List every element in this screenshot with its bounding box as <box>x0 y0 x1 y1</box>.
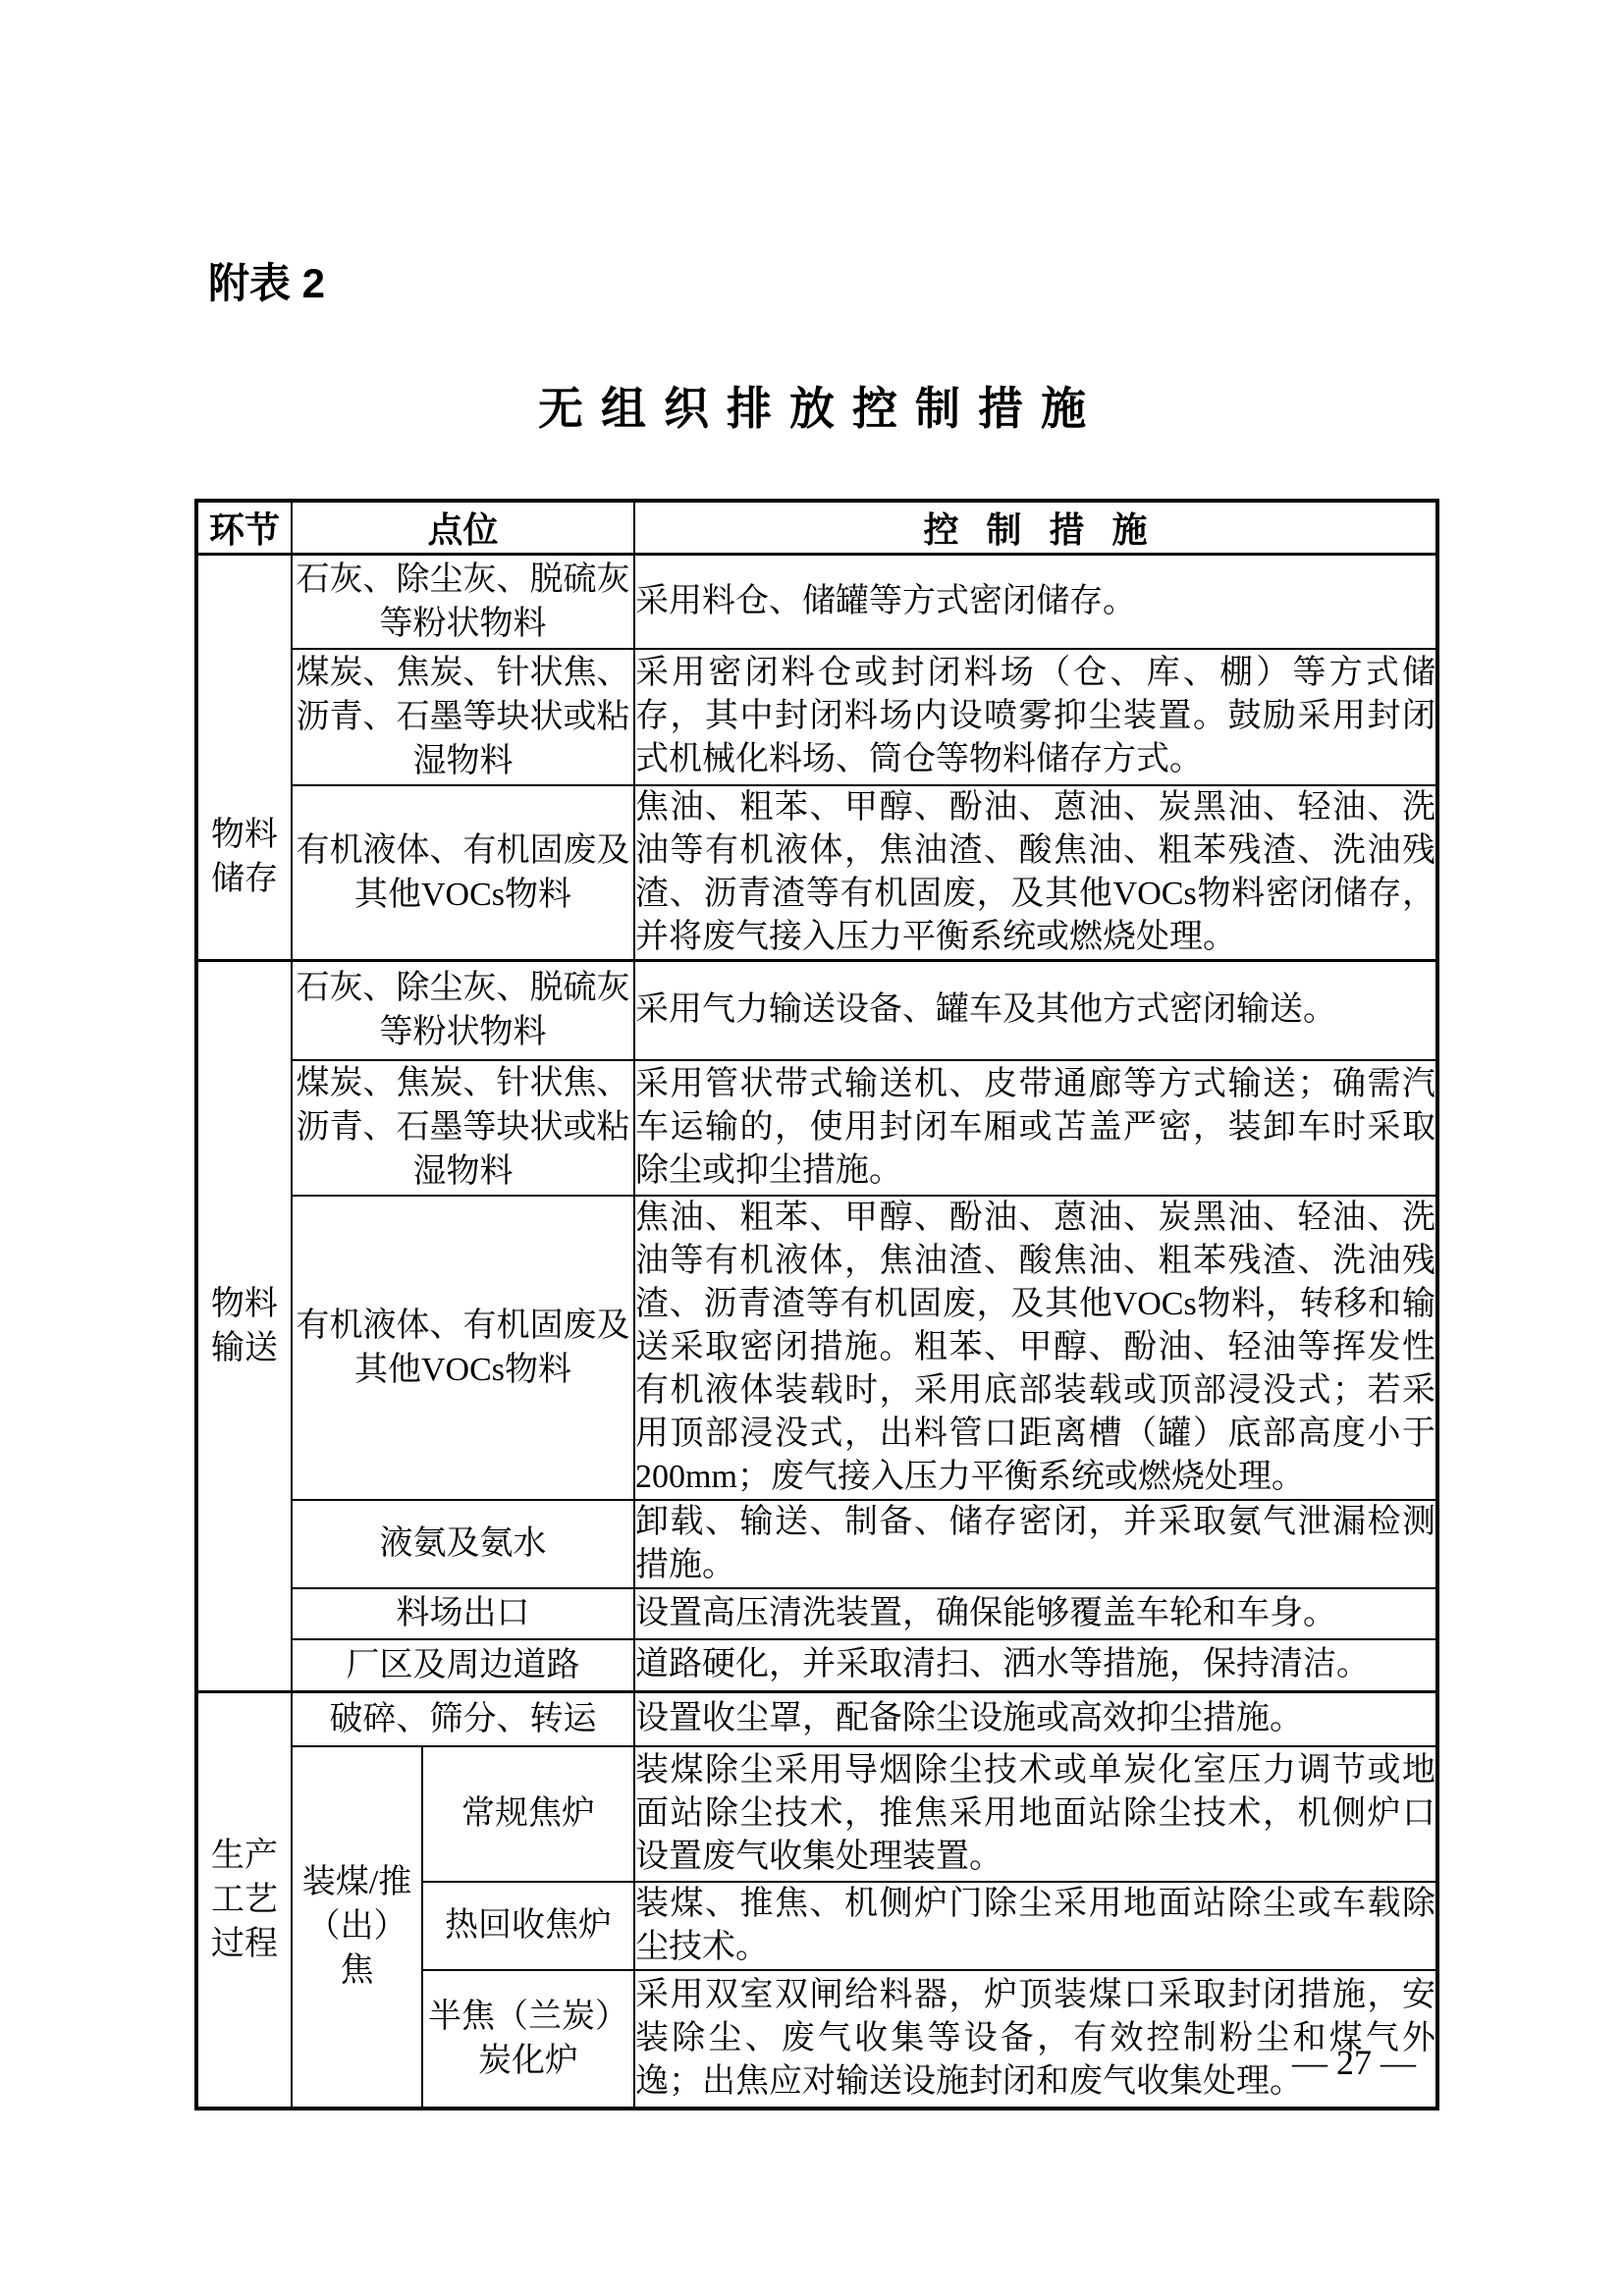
table-row: 装煤/推 （出）焦 常规焦炉 装煤除尘采用导烟除尘技术或单炭化室压力调节或地面站… <box>196 1746 1437 1882</box>
point-cell: 破碎、筛分、转运 <box>292 1692 634 1746</box>
table-row: 液氨及氨水 卸载、输送、制备、储存密闭，并采取氨气泄漏检测措施。 <box>196 1500 1437 1588</box>
point-cell: 石灰、除尘灰、脱硫灰 等粉状物料 <box>292 555 634 649</box>
measure-cell: 装煤、推焦、机侧炉门除尘采用地面站除尘或车载除尘技术。 <box>634 1882 1437 1970</box>
measure-cell: 设置高压清洗装置，确保能够覆盖车轮和车身。 <box>634 1588 1437 1639</box>
measure-cell: 卸载、输送、制备、储存密闭，并采取氨气泄漏检测措施。 <box>634 1500 1437 1588</box>
measure-cell: 焦油、粗苯、甲醇、酚油、蒽油、炭黑油、轻油、洗油等有机液体，焦油渣、酸焦油、粗苯… <box>634 785 1437 961</box>
measure-cell: 采用双室双闸给料器，炉顶装煤口采取封闭措施，安装除尘、废气收集等设备，有效控制粉… <box>634 1970 1437 2109</box>
sub-point-cell: 热回收焦炉 <box>422 1882 634 1970</box>
point-cell: 有机液体、有机固废及 其他VOCs物料 <box>292 1196 634 1500</box>
page: { "page": { "appendix_label": "附表 2", "t… <box>0 0 1624 2296</box>
measure-cell: 采用管状带式输送机、皮带通廊等方式输送；确需汽车运输的，使用封闭车厢或苫盖严密，… <box>634 1060 1437 1196</box>
appendix-label: 附表 2 <box>208 251 325 310</box>
table-row: 煤炭、焦炭、针状焦、 沥青、石墨等块状或粘 湿物料 采用密闭料仓或封闭料场（仓、… <box>196 649 1437 785</box>
table-row: 生产 工艺 过程 破碎、筛分、转运 设置收尘罩，配备除尘设施或高效抑尘措施。 <box>196 1692 1437 1746</box>
point-cell: 料场出口 <box>292 1588 634 1639</box>
table-row: 有机液体、有机固废及 其他VOCs物料 焦油、粗苯、甲醇、酚油、蒽油、炭黑油、轻… <box>196 785 1437 961</box>
header-stage: 环节 <box>196 501 292 555</box>
measure-cell: 焦油、粗苯、甲醇、酚油、蒽油、炭黑油、轻油、洗油等有机液体，焦油渣、酸焦油、粗苯… <box>634 1196 1437 1500</box>
point-cell: 煤炭、焦炭、针状焦、 沥青、石墨等块状或粘 湿物料 <box>292 649 634 785</box>
measure-cell: 道路硬化，并采取清扫、洒水等措施，保持清洁。 <box>634 1639 1437 1692</box>
table-row: 厂区及周边道路 道路硬化，并采取清扫、洒水等措施，保持清洁。 <box>196 1639 1437 1692</box>
point-cell: 液氨及氨水 <box>292 1500 634 1588</box>
point-cell: 有机液体、有机固废及 其他VOCs物料 <box>292 785 634 961</box>
measure-cell: 采用密闭料仓或封闭料场（仓、库、棚）等方式储存，其中封闭料场内设喷雾抑尘装置。鼓… <box>634 649 1437 785</box>
table-row: 物料 输送 石灰、除尘灰、脱硫灰 等粉状物料 采用气力输送设备、罐车及其他方式密… <box>196 961 1437 1060</box>
measure-cell: 采用料仓、储罐等方式密闭储存。 <box>634 555 1437 649</box>
stage-cell-material-storage: 物料 储存 <box>196 555 292 961</box>
table-row: 煤炭、焦炭、针状焦、 沥青、石墨等块状或粘 湿物料 采用管状带式输送机、皮带通廊… <box>196 1060 1437 1196</box>
stage-cell-material-transport: 物料 输送 <box>196 961 292 1692</box>
header-measures: 控制措施 <box>634 501 1437 555</box>
point-group-cell-coal-charging-pushing: 装煤/推 （出）焦 <box>292 1746 422 2109</box>
table-row: 料场出口 设置高压清洗装置，确保能够覆盖车轮和车身。 <box>196 1588 1437 1639</box>
measure-cell: 采用气力输送设备、罐车及其他方式密闭输送。 <box>634 961 1437 1060</box>
measure-cell: 设置收尘罩，配备除尘设施或高效抑尘措施。 <box>634 1692 1437 1746</box>
header-point: 点位 <box>292 501 634 555</box>
point-cell: 厂区及周边道路 <box>292 1639 634 1692</box>
table-row: 物料 储存 石灰、除尘灰、脱硫灰 等粉状物料 采用料仓、储罐等方式密闭储存。 <box>196 555 1437 649</box>
table-header-row: 环节 点位 控制措施 <box>196 501 1437 555</box>
page-title: 无组织排放控制措施 <box>0 373 1624 438</box>
point-cell: 煤炭、焦炭、针状焦、 沥青、石墨等块状或粘 湿物料 <box>292 1060 634 1196</box>
page-number: — 27 — <box>1292 2042 1416 2083</box>
table-row: 有机液体、有机固废及 其他VOCs物料 焦油、粗苯、甲醇、酚油、蒽油、炭黑油、轻… <box>196 1196 1437 1500</box>
control-measures-table: 环节 点位 控制措施 物料 储存 石灰、除尘灰、脱硫灰 等粉状物料 采用料仓、储… <box>194 499 1439 2110</box>
sub-point-cell: 常规焦炉 <box>422 1746 634 1882</box>
point-cell: 石灰、除尘灰、脱硫灰 等粉状物料 <box>292 961 634 1060</box>
measure-cell: 装煤除尘采用导烟除尘技术或单炭化室压力调节或地面站除尘技术，推焦采用地面站除尘技… <box>634 1746 1437 1882</box>
sub-point-cell: 半焦（兰炭） 炭化炉 <box>422 1970 634 2109</box>
stage-cell-production-process: 生产 工艺 过程 <box>196 1692 292 2109</box>
